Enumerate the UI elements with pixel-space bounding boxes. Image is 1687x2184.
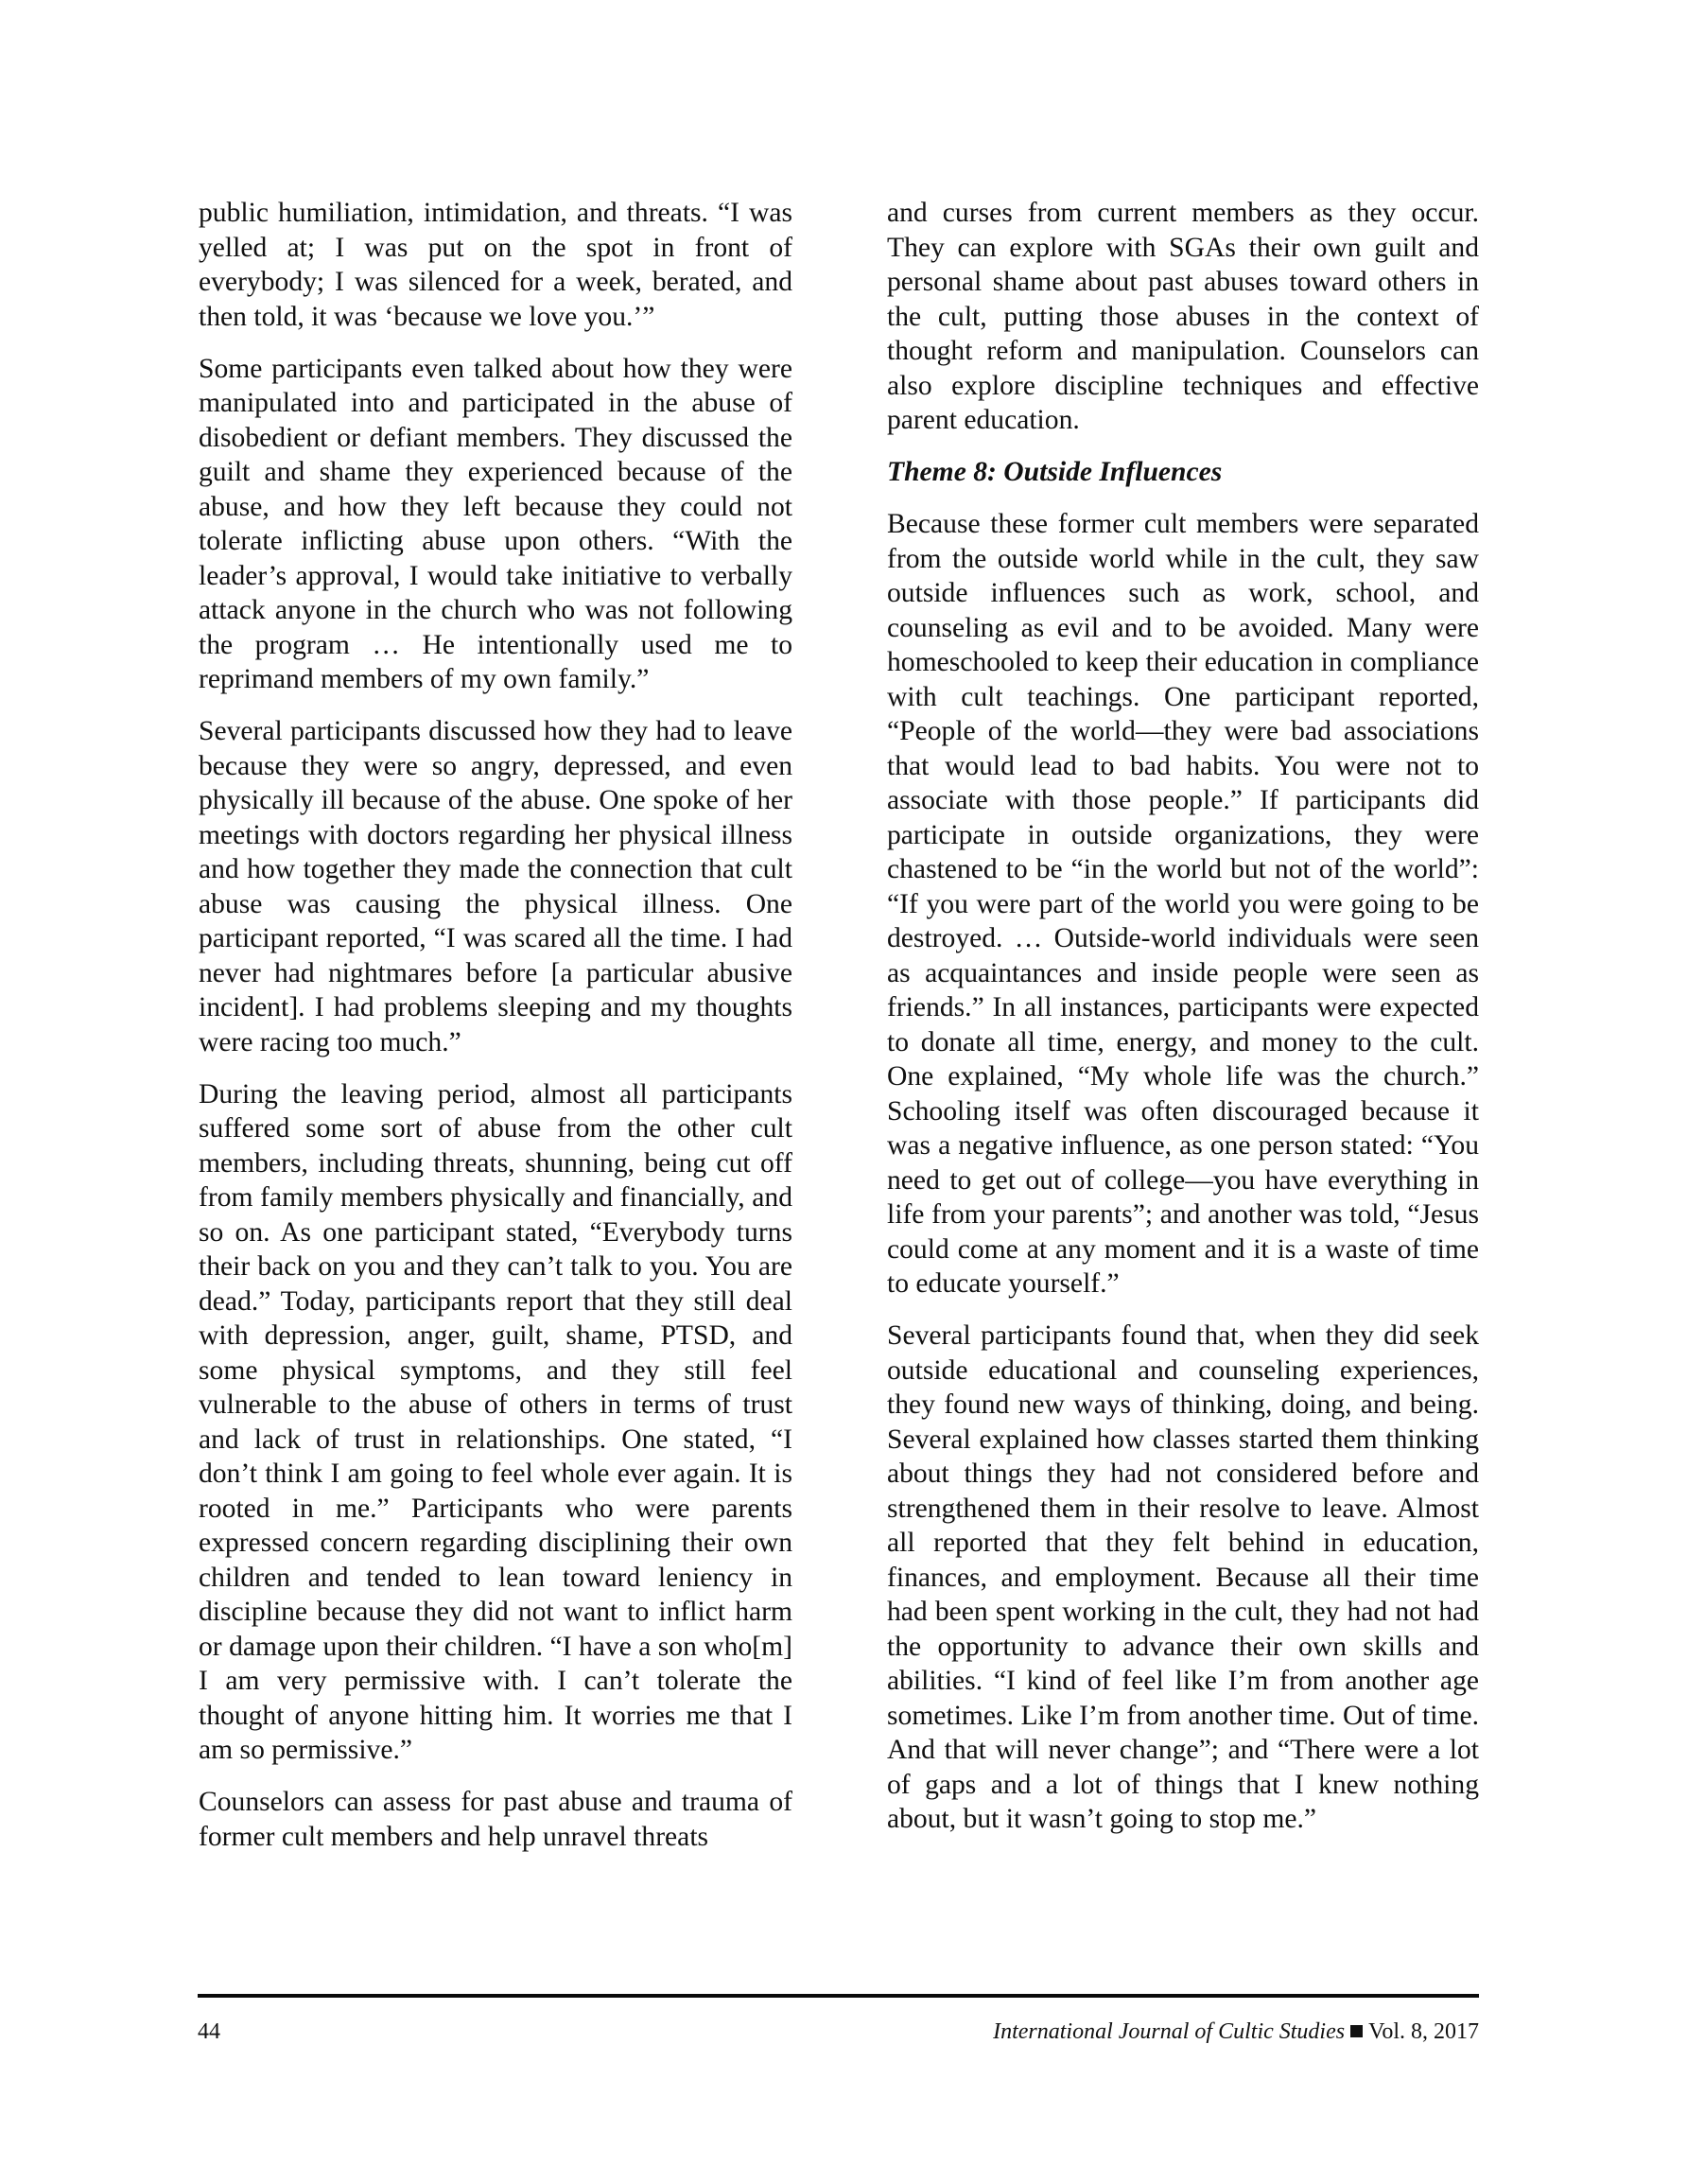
left-column: public humiliation, intimidation, and th… [199,196,792,1872]
body-paragraph: Some participants even talked about how … [199,352,792,697]
body-paragraph: Several participants discussed how they … [199,714,792,1059]
page-number: 44 [198,2016,220,2048]
footer-rule [198,1994,1479,1998]
right-column: and curses from current members as they … [887,196,1479,1854]
volume-info: Vol. 8, 2017 [1368,2019,1479,2044]
body-paragraph: Because these former cult members were s… [887,507,1479,1302]
journal-citation: International Journal of Cultic StudiesV… [993,2016,1479,2048]
body-paragraph: Several participants found that, when th… [887,1319,1479,1837]
journal-title: International Journal of Cultic Studies [993,2019,1345,2044]
black-square-icon [1350,2025,1363,2037]
page-footer: 44 International Journal of Cultic Studi… [198,2016,1479,2048]
body-paragraph: public humiliation, intimidation, and th… [199,196,792,334]
section-heading: Theme 8: Outside Influences [887,455,1479,490]
body-paragraph: and curses from current members as they … [887,196,1479,438]
body-paragraph: Counselors can assess for past abuse and… [199,1785,792,1854]
body-paragraph: During the leaving period, almost all pa… [199,1077,792,1768]
